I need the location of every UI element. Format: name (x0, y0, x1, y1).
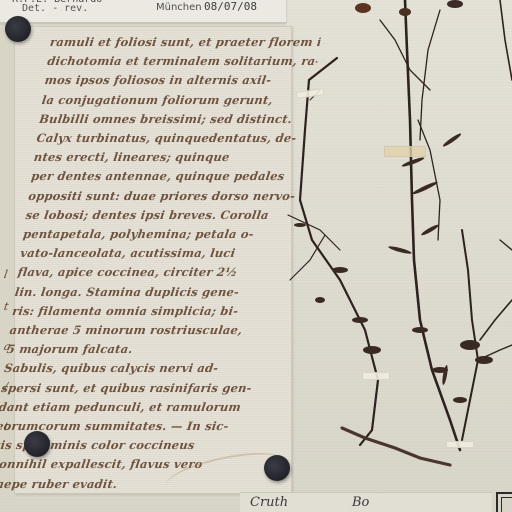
corner-frame (496, 492, 512, 512)
determination-label: R.F.E. Bernardo Det. - rev. München 08/0… (0, 0, 286, 23)
note-line: dichotomia et terminalem solitarium, ra- (46, 52, 319, 71)
pin-bottom-left (24, 431, 50, 457)
place-text: München (156, 2, 202, 13)
pin-top-left (5, 16, 31, 42)
note-line: vato-lanceolata, acutissima, luci (19, 244, 292, 263)
mounting-tape (384, 146, 426, 157)
note-line: nonnihil expallescit, flavus vero (0, 455, 262, 474)
note-line: Calyx turbinatus, quinquedentatus, de- (35, 129, 308, 148)
note-line: per dentes antennae, quinque pedales (30, 167, 303, 186)
note-line: antherae 5 minorum rostriusculae, (8, 321, 281, 340)
note-line: pentapetala, polyhemina; petala o- (22, 225, 295, 244)
bottom-label: Cruth Bo (240, 492, 492, 512)
note-line: Bulbilli omnes breissimi; sed distinct. (38, 110, 311, 129)
date-text: 08/07/08 (204, 0, 257, 13)
note-line: la conjugationum foliorum gerunt, (41, 91, 314, 110)
note-line: mos ipsos foliosos in alternis axil- (43, 71, 316, 90)
note-line: ntes erecti, lineares; quinque (32, 148, 305, 167)
note-line: dant etiam pedunculi, et ramulorum (0, 398, 270, 417)
note-line: flava, apice coccinea, circiter 2½ (16, 263, 289, 282)
note-line: oppositi sunt: duae priores dorso nervo- (27, 187, 300, 206)
note-line: lin. longa. Stamina duplicis gene- (14, 283, 287, 302)
note-line: se lobosi; dentes ipsi breves. Corolla (24, 206, 297, 225)
label-script-left: Cruth (250, 495, 288, 510)
note-text: ramuli et foliosi sunt, et praeter flore… (0, 33, 321, 494)
note-line: 5 majorum falcata. (6, 340, 279, 359)
label-script-right: Bo (352, 495, 369, 510)
mounting-tape (446, 441, 474, 448)
handwritten-note: ramuli et foliosi sunt, et praeter flore… (14, 26, 292, 494)
det-rev-text: Det. - rev. (22, 3, 88, 14)
note-line: Sabulis, quibus calycis nervi ad- (3, 359, 276, 378)
mounting-tape (362, 372, 390, 380)
note-line: Saepe ruber evadit. (0, 475, 259, 494)
note-line: spersi sunt, et quibus rasinifaris gen- (0, 379, 273, 398)
pressed-plant-specimen (280, 0, 512, 512)
note-line: ris: filamenta omnia simplicia; bi- (11, 302, 284, 321)
